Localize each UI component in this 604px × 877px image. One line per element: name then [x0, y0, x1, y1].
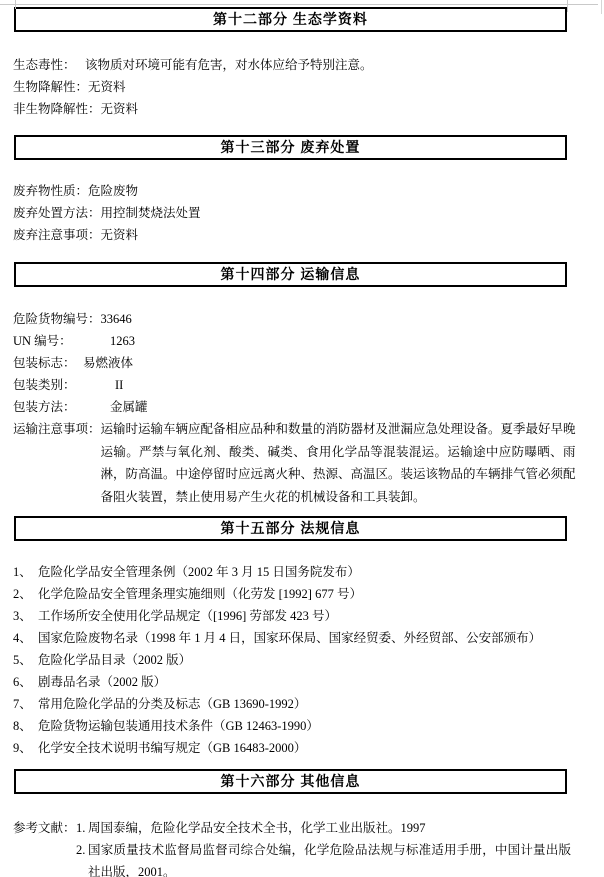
regulation-item: 1、危险化学品安全管理条例（2002 年 3 月 15 日国务院发布） [13, 561, 594, 583]
msds-document-page: 第十二部分 生态学资料 生态毒性：该物质对环境可能有危害，对水体应给予特别注意。… [0, 0, 604, 877]
dangerous-goods-number-row: 危险货物编号：33646 [13, 308, 594, 330]
item-text: 危险化学品目录（2002 版） [38, 649, 594, 671]
field-label: 生物降解性： [13, 76, 88, 98]
table-gridline-tick-right [567, 0, 568, 12]
item-number: 6、 [13, 671, 38, 693]
section-15-title: 第十五部分 法规信息 [221, 520, 361, 536]
field-value: 无资料 [88, 80, 126, 94]
field-value: II [115, 378, 123, 392]
packaging-mark-row: 包装标志：易燃液体 [13, 352, 594, 374]
field-label: 非生物降解性： [13, 98, 101, 120]
field-value: 该物质对环境可能有危害，对水体应给予特别注意。 [85, 58, 373, 72]
regulation-item: 6、剧毒品名录（2002 版） [13, 671, 594, 693]
disposal-precautions-row: 废弃注意事项：无资料 [13, 224, 594, 246]
section-15-body: 1、危险化学品安全管理条例（2002 年 3 月 15 日国务院发布） 2、化学… [0, 561, 604, 759]
section-14-header: 第十四部分 运输信息 [14, 262, 567, 287]
field-value: 无资料 [101, 228, 139, 242]
section-14-title: 第十四部分 运输信息 [221, 266, 361, 282]
reference-item: 2.国家质量技术监督局监督司综合处编，化学危险品法规与标准适用手册，中国计量出版… [76, 839, 594, 877]
item-text: 危险化学品安全管理条例（2002 年 3 月 15 日国务院发布） [38, 561, 594, 583]
item-number: 4、 [13, 627, 38, 649]
item-number: 7、 [13, 693, 38, 715]
reference-text: 国家质量技术监督局监督司综合处编，化学危险品法规与标准适用手册，中国计量出版社出… [88, 839, 571, 877]
section-13-body: 废弃物性质：危险废物 废弃处置方法：用控制焚烧法处置 废弃注意事项：无资料 [0, 180, 604, 246]
packaging-method-row: 包装方法：金属罐 [13, 396, 594, 418]
section-16-header: 第十六部分 其他信息 [14, 769, 567, 794]
field-label: 废弃注意事项： [13, 224, 101, 246]
item-number: 8、 [13, 715, 38, 737]
un-number-row: UN 编号：1263 [13, 330, 594, 352]
field-value: 金属罐 [110, 400, 148, 414]
item-number: 5、 [13, 649, 38, 671]
field-label: 包装类别： [13, 374, 115, 396]
field-label: 运输注意事项： [13, 418, 101, 508]
regulation-item: 2、化学危险品安全管理条理实施细则（化劳发 [1992] 677 号） [13, 583, 594, 605]
reference-text: 周国泰编，危险化学品安全技术全书，化学工业出版社。1997 [88, 817, 571, 839]
field-value: 1263 [110, 334, 135, 348]
section-15-header: 第十五部分 法规信息 [14, 516, 567, 541]
field-label: 废弃物性质： [13, 180, 88, 202]
item-text: 危险货物运输包装通用技术条件（GB 12463-1990） [38, 715, 594, 737]
field-label: 生态毒性： [13, 54, 85, 76]
field-label: 危险货物编号： [13, 308, 101, 330]
item-text: 化学危险品安全管理条理实施细则（化劳发 [1992] 677 号） [38, 583, 594, 605]
item-text: 国家危险废物名录（1998 年 1 月 4 日，国家环保局、国家经贸委、外经贸部… [38, 627, 594, 649]
references-list: 1.周国泰编，危险化学品安全技术全书，化学工业出版社。1997 2.国家质量技术… [76, 817, 594, 877]
field-label: 包装标志： [13, 352, 83, 374]
table-gridline-horizontal [0, 4, 598, 5]
waste-nature-row: 废弃物性质：危险废物 [13, 180, 594, 202]
section-14-body: 危险货物编号：33646 UN 编号：1263 包装标志：易燃液体 包装类别：I… [0, 308, 604, 508]
regulation-item: 9、化学安全技术说明书编写规定（GB 16483-2000） [13, 737, 594, 759]
regulation-item: 5、危险化学品目录（2002 版） [13, 649, 594, 671]
reference-item: 1.周国泰编，危险化学品安全技术全书，化学工业出版社。1997 [76, 817, 594, 839]
section-13-header: 第十三部分 废弃处置 [14, 135, 567, 160]
disposal-method-row: 废弃处置方法：用控制焚烧法处置 [13, 202, 594, 224]
packaging-category-row: 包装类别：II [13, 374, 594, 396]
field-label: 包装方法： [13, 396, 110, 418]
page-edge-mark [601, 0, 602, 14]
transport-precautions-text: 运输时运输车辆应配备相应品种和数量的消防器材及泄漏应急处理设备。夏季最好早晚运输… [101, 418, 576, 508]
section-16-body: 参考文献： 1.周国泰编，危险化学品安全技术全书，化学工业出版社。1997 2.… [0, 817, 604, 877]
field-value: 易燃液体 [83, 356, 133, 370]
field-value: 33646 [101, 312, 132, 326]
item-number: 9、 [13, 737, 38, 759]
section-12-title: 第十二部分 生态学资料 [213, 11, 368, 27]
item-text: 常用危险化学品的分类及标志（GB 13690-1992） [38, 693, 594, 715]
item-text: 剧毒品名录（2002 版） [38, 671, 594, 693]
biodegradability-row: 生物降解性：无资料 [13, 76, 594, 98]
item-number: 2、 [13, 583, 38, 605]
field-label: UN 编号： [13, 330, 110, 352]
field-label: 废弃处置方法： [13, 202, 101, 224]
abiotic-degradability-row: 非生物降解性：无资料 [13, 98, 594, 120]
field-value: 无资料 [101, 102, 139, 116]
references-row: 参考文献： 1.周国泰编，危险化学品安全技术全书，化学工业出版社。1997 2.… [13, 817, 594, 877]
item-text: 工作场所安全使用化学品规定（[1996] 劳部发 423 号） [38, 605, 594, 627]
field-value: 用控制焚烧法处置 [101, 206, 201, 220]
section-16-title: 第十六部分 其他信息 [221, 773, 361, 789]
regulation-item: 7、常用危险化学品的分类及标志（GB 13690-1992） [13, 693, 594, 715]
reference-number: 1. [76, 817, 88, 839]
table-gridline-tick-left [15, 0, 16, 9]
section-13-title: 第十三部分 废弃处置 [221, 139, 361, 155]
reference-number: 2. [76, 839, 88, 877]
item-number: 3、 [13, 605, 38, 627]
item-text: 化学安全技术说明书编写规定（GB 16483-2000） [38, 737, 594, 759]
regulation-item: 3、工作场所安全使用化学品规定（[1996] 劳部发 423 号） [13, 605, 594, 627]
transport-precautions-row: 运输注意事项： 运输时运输车辆应配备相应品种和数量的消防器材及泄漏应急处理设备。… [13, 418, 594, 508]
section-12-header: 第十二部分 生态学资料 [14, 7, 567, 32]
regulation-item: 8、危险货物运输包装通用技术条件（GB 12463-1990） [13, 715, 594, 737]
section-12-body: 生态毒性：该物质对环境可能有危害，对水体应给予特别注意。 生物降解性：无资料 非… [0, 54, 604, 120]
references-label: 参考文献： [13, 817, 76, 877]
regulation-item: 4、国家危险废物名录（1998 年 1 月 4 日，国家环保局、国家经贸委、外经… [13, 627, 594, 649]
eco-toxicity-row: 生态毒性：该物质对环境可能有危害，对水体应给予特别注意。 [13, 54, 594, 76]
field-value: 危险废物 [88, 184, 138, 198]
item-number: 1、 [13, 561, 38, 583]
